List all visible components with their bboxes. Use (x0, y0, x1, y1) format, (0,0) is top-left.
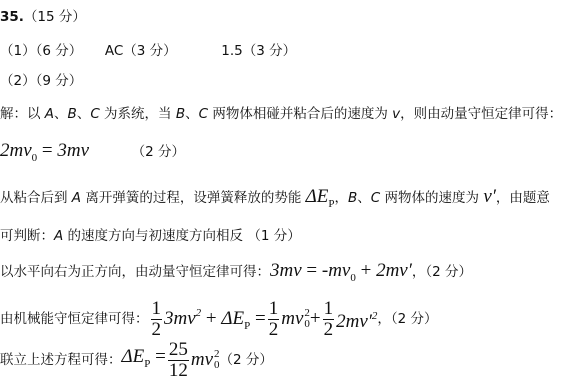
fraction-half: 12 (323, 299, 335, 340)
equation-1: 2mv0 = 3mv (0, 140, 89, 161)
text: 可判断： (0, 228, 54, 244)
text: ， (335, 190, 349, 206)
points: （1 分） (247, 228, 300, 244)
momentum-equation: 3mv = -mv0 + 2mv′ (270, 260, 412, 281)
text: 由机械能守恒定律可得： (0, 309, 149, 329)
question-points: （15 分） (24, 9, 86, 25)
eq-sign: = (250, 308, 265, 329)
text: 联立上述方程可得： (0, 350, 122, 370)
solution-intro-line: 解：以 A、B、C 为系统，当 B、C 两物体相碰并粘合后的速度为 v，则由动量… (0, 104, 562, 124)
text: 、 (54, 106, 68, 122)
text: 解：以 (0, 106, 45, 122)
eq-term: 2mv′ (376, 260, 412, 281)
eq-lhs: 3mv (270, 260, 302, 281)
var-a: A (72, 190, 81, 206)
eq-sign: = (302, 260, 322, 281)
process-line: 从粘合后到 A 离开弹簧的过程，设弹簧释放的势能 ΔEP，B、C 两物体的速度为… (0, 187, 550, 214)
text: 、 (77, 106, 91, 122)
denominator: 2 (324, 320, 334, 340)
text: 、 (357, 190, 371, 206)
momentum-line: 以水平向右为正方向，由动量守恒定律可得：3mv = -mv0 + 2mv′，（2… (0, 261, 472, 288)
points: （2 分） (132, 144, 185, 160)
energy-line: 由机械能守恒定律可得： 12 3mv2 + ΔEP = 12 mv20 + 12… (0, 303, 438, 335)
text: 、 (185, 106, 199, 122)
var-b: B (348, 190, 357, 206)
text: ，由题意 (496, 190, 550, 206)
delta-e: ΔE (122, 346, 145, 367)
numerator: 25 (168, 340, 189, 361)
text: 以水平向右为正方向，由动量守恒定律可得： (0, 264, 270, 280)
var-c: C (199, 106, 208, 122)
plus-sign: + (201, 308, 221, 329)
text: 离开弹簧的过程，设弹簧释放的势能 (81, 190, 306, 206)
denominator: 2 (269, 320, 279, 340)
text: 两物体相碰并粘合后的速度为 (208, 106, 392, 122)
text: ，则由动量守恒定律可得： (400, 106, 562, 122)
eq-sign: = (37, 140, 57, 161)
denominator: 12 (169, 361, 188, 381)
part1-answer2: 1.5（3 分） (221, 43, 296, 59)
part1-label: （1）（6 分） (0, 43, 82, 59)
judge-line: 可判断：A 的速度方向与初速度方向相反 （1 分） (0, 226, 301, 246)
text: 的速度方向与初速度方向相反 (63, 228, 247, 244)
fraction-half: 12 (151, 299, 163, 340)
part2-label: （2）（9 分） (0, 73, 82, 89)
var-v-prime: v′ (483, 186, 496, 207)
eq-sign: = (150, 346, 165, 367)
question-number: 35. (0, 9, 24, 25)
var-v: v (392, 106, 400, 122)
var-b: B (68, 106, 77, 122)
eq-term: 2mv′ (336, 311, 372, 332)
var-b: B (176, 106, 185, 122)
plus-sign: + (310, 309, 321, 329)
numerator: 1 (151, 299, 163, 320)
text: 两物体的速度为 (380, 190, 483, 206)
text: 为系统，当 (100, 106, 176, 122)
text: 从粘合后到 (0, 190, 72, 206)
points: ，（2 分） (412, 264, 472, 280)
result-line: 联立上述方程可得： ΔEP = 2512 mv20 （2 分） (0, 344, 273, 376)
eq-rhs: 3mv (57, 140, 89, 161)
var-c: C (371, 190, 380, 206)
eq-term: 3mv (164, 308, 196, 329)
equation-1-line: 2mv0 = 3mv （2 分） (0, 141, 185, 168)
eq-term: -mv (322, 260, 350, 281)
plus-sign: + (356, 260, 376, 281)
part1-answer1: AC（3 分） (105, 43, 177, 59)
eq-term: mv (281, 308, 303, 329)
eq-term: mv (191, 349, 213, 370)
fraction-half: 12 (268, 299, 280, 340)
delta-e: ΔE (221, 308, 244, 329)
points: （2 分） (220, 350, 273, 370)
eq-lhs: 2mv (0, 140, 32, 161)
var-a: A (45, 106, 54, 122)
numerator: 1 (323, 299, 335, 320)
denominator: 2 (152, 320, 162, 340)
var-a: A (54, 228, 63, 244)
numerator: 1 (268, 299, 280, 320)
question-heading: 35.（15 分） (0, 7, 86, 27)
var-c: C (90, 106, 99, 122)
points: ，（2 分） (377, 309, 437, 329)
delta-e: ΔE (306, 186, 329, 207)
part1-line: （1）（6 分） AC（3 分） 1.5（3 分） (0, 41, 296, 61)
part2-line: （2）（9 分） (0, 71, 82, 91)
fraction-25-12: 2512 (168, 340, 189, 381)
